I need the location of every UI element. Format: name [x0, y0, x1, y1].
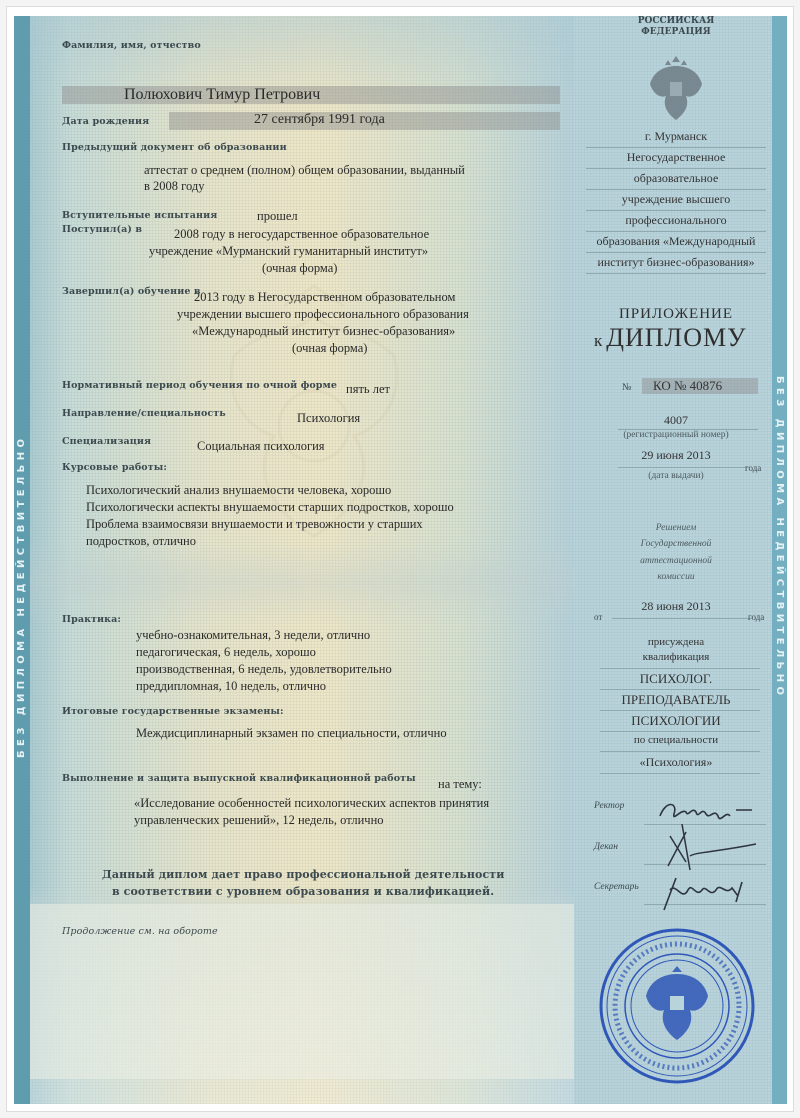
thesis-line-2: управленческих решений», 12 недель, отли… [134, 813, 384, 828]
exams-label: Итоговые государственные экзамены: [62, 706, 284, 717]
institution-line-3: учреждение высшего [580, 192, 772, 207]
coursework-line-4: подростков, отлично [86, 534, 196, 549]
rights-line-1: Данный диплом дает право профессионально… [102, 868, 504, 881]
number-sign: № [622, 382, 632, 393]
awarded-line-1: присуждена [580, 636, 772, 648]
stripe-text-right: БЕЗ ДИПЛОМА НЕДЕЙСТВИТЕЛЬНО [774, 376, 785, 699]
qualification-line-3: ПСИХОЛОГИИ [580, 713, 772, 729]
enrolled-line-2: учреждение «Мурманский гуманитарный инст… [149, 244, 428, 259]
title-line-2: к ДИПЛОМУ [594, 323, 774, 353]
title-line-1: ПРИЛОЖЕНИЕ [580, 306, 772, 323]
underline [618, 467, 748, 468]
continued-note: Продолжение см. на обороте [62, 926, 218, 937]
period-value: пять лет [346, 382, 390, 397]
coursework-line-3: Проблема взаимосвязи внушаемости и трево… [86, 517, 423, 532]
underline [600, 668, 760, 669]
rights-line-2: в соответствии с уровнем образования и к… [112, 885, 494, 898]
coursework-line-2: Психологически аспекты внушаемости старш… [86, 500, 454, 515]
practice-line-2: педагогическая, 6 недель, хорошо [136, 645, 316, 660]
country-line-1: РОССИЙСКАЯ [580, 16, 772, 27]
entrance-label: Вступительные испытания [62, 210, 217, 221]
decision-date: 28 июня 2013 [580, 599, 772, 614]
specialization-value: Социальная психология [197, 439, 325, 454]
secretary-signature-icon [656, 872, 772, 914]
decision-line-1: Решением [580, 523, 772, 533]
diploma-number: КО № 40876 [653, 378, 722, 394]
left-security-stripe: БЕЗ ДИПЛОМА НЕДЕЙСТВИТЕЛЬНО [14, 16, 30, 1104]
period-label: Нормативный период обучения по очной фор… [62, 380, 337, 391]
specialization-label: Специализация [62, 436, 151, 447]
direction-value: Психология [297, 411, 360, 426]
country-line-2: ФЕДЕРАЦИЯ [580, 27, 772, 38]
institution-line-6: институт бизнес-образования» [580, 255, 772, 270]
institution-line-5: образования «Международный [580, 234, 772, 249]
title-prefix: к [594, 331, 602, 350]
underline [586, 147, 766, 148]
decision-line-3: аттестационной [580, 556, 772, 566]
diploma-supplement: БЕЗ ДИПЛОМА НЕДЕЙСТВИТЕЛЬНО Фамилия, имя… [14, 16, 787, 1104]
secretary-label: Секретарь [594, 882, 639, 892]
enrolled-line-1: 2008 году в негосударственное образовате… [174, 227, 429, 242]
completed-line-3: «Международный институт бизнес-образован… [192, 324, 455, 339]
decision-line-4: комиссии [580, 572, 772, 582]
decision-suffix: года [748, 612, 764, 622]
underline [600, 773, 760, 774]
dean-label: Декан [594, 842, 618, 852]
qualification-line-2: ПРЕПОДАВАТЕЛЬ [580, 692, 772, 708]
underline [586, 273, 766, 274]
underline [612, 618, 752, 619]
institution-line-2: образовательное [580, 171, 772, 186]
direction-label: Направление/специальность [62, 408, 226, 419]
fio-label: Фамилия, имя, отчество [62, 40, 201, 51]
completed-line-4: (очная форма) [292, 341, 367, 356]
completed-label: Завершил(а) обучение в [62, 286, 201, 297]
birth-label: Дата рождения [62, 116, 149, 127]
awarded-line-2: квалификация [580, 651, 772, 663]
birth-value: 27 сентября 1991 года [254, 112, 385, 128]
thesis-label: Выполнение и защита выпускной квалификац… [62, 773, 416, 784]
practice-line-1: учебно-ознакомительная, 3 недели, отличн… [136, 628, 370, 643]
coursework-label: Курсовые работы: [62, 462, 167, 473]
left-page: БЕЗ ДИПЛОМА НЕДЕЙСТВИТЕЛЬНО Фамилия, имя… [14, 16, 574, 1104]
qualification-line-1: ПСИХОЛОГ. [580, 671, 772, 687]
reg-number: 4007 [580, 413, 772, 428]
prev-doc-label: Предыдущий документ об образовании [62, 142, 287, 153]
underline [600, 731, 760, 732]
prev-doc-line-1: аттестат о среднем (полном) общем образо… [144, 163, 465, 178]
prev-doc-line-2: в 2008 году [144, 179, 204, 194]
institution-line-1: Негосударственное [580, 150, 772, 165]
underline [586, 231, 766, 232]
decision-line-2: Государственной [580, 539, 772, 549]
underline [586, 210, 766, 211]
thesis-topic-label: на тему: [438, 777, 482, 792]
underline [586, 189, 766, 190]
exams-value: Междисциплинарный экзамен по специальнос… [136, 726, 447, 741]
underline [600, 751, 760, 752]
practice-label: Практика: [62, 614, 121, 625]
entrance-value: прошел [257, 209, 298, 224]
practice-line-3: производственная, 6 недель, удовлетворит… [136, 662, 392, 677]
underline [600, 689, 760, 690]
coursework-line-1: Психологический анализ внушаемости челов… [86, 483, 391, 498]
completed-line-1: 2013 году в Негосударственном образовате… [194, 290, 455, 305]
stripe-text-left: БЕЗ ДИПЛОМА НЕДЕЙСТВИТЕЛЬНО [16, 435, 27, 758]
rector-label: Ректор [594, 801, 624, 811]
city: г. Мурманск [580, 129, 772, 144]
coat-of-arms-icon [646, 50, 706, 122]
title-main: ДИПЛОМУ [606, 323, 746, 352]
official-stamp-icon [594, 926, 760, 1086]
thesis-line-1: «Исследование особенностей психологическ… [134, 796, 489, 811]
reg-number-caption: (регистрационный номер) [580, 430, 772, 440]
underline [600, 710, 760, 711]
specialty-value: «Психология» [580, 755, 772, 770]
underline [586, 168, 766, 169]
right-security-stripe: БЕЗ ДИПЛОМА НЕДЕЙСТВИТЕЛЬНО [772, 16, 787, 1104]
enrolled-line-3: (очная форма) [262, 261, 337, 276]
specialty-prefix: по специальности [580, 734, 772, 746]
issue-date-caption: (дата выдачи) [580, 471, 772, 481]
fio-value: Полюхович Тимур Петрович [124, 86, 320, 104]
issue-date: 29 июня 2013 [580, 448, 772, 463]
practice-line-4: преддипломная, 10 недель, отлично [136, 679, 326, 694]
underline [586, 252, 766, 253]
country-name: РОССИЙСКАЯ ФЕДЕРАЦИЯ [580, 16, 772, 38]
right-page: РОССИЙСКАЯ ФЕДЕРАЦИЯ г. Мурманск Негосуд… [580, 16, 772, 1104]
dean-signature-icon [656, 822, 772, 874]
institution-line-4: профессионального [580, 213, 772, 228]
enrolled-label: Поступил(а) в [62, 224, 142, 235]
completed-line-2: учреждении высшего профессионального обр… [177, 307, 469, 322]
